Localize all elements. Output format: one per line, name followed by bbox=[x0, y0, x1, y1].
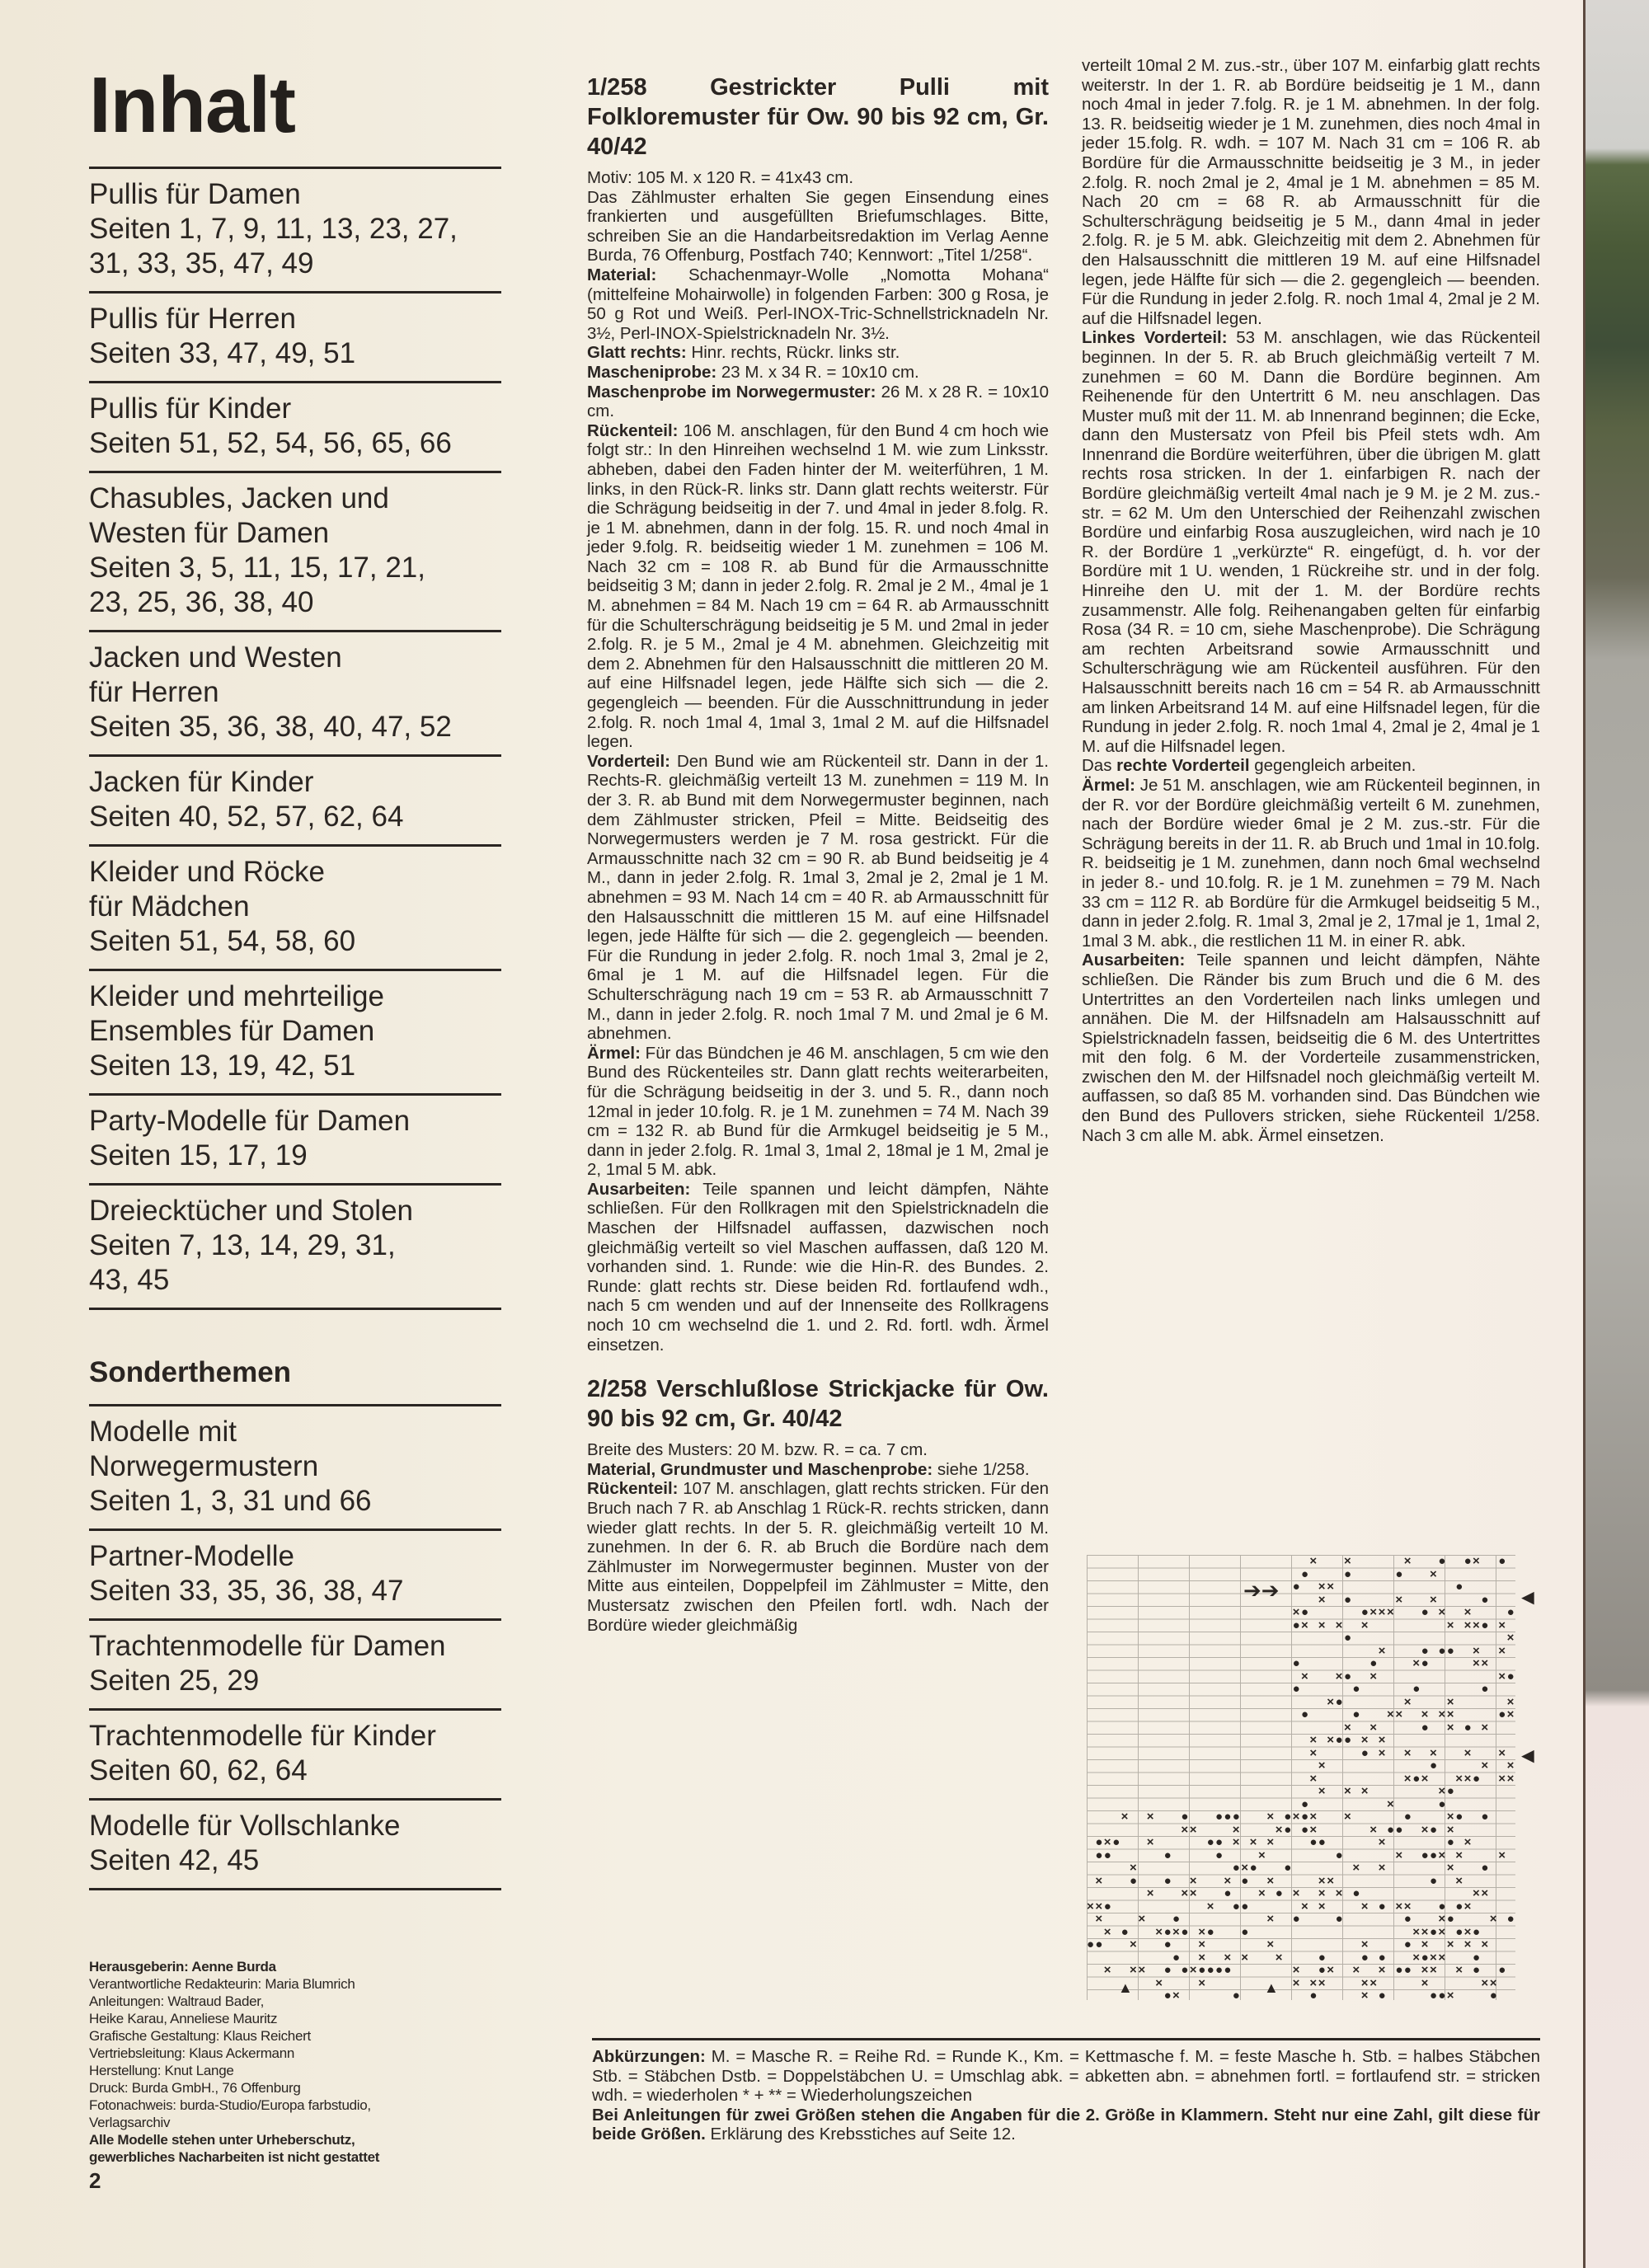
cross-stitch-icon: × bbox=[1250, 1836, 1257, 1848]
dot-stitch-icon: ● bbox=[1473, 1964, 1480, 1976]
toc-entry: Kleider und Röckefür MädchenSeiten 51, 5… bbox=[89, 847, 501, 971]
cross-stitch-icon: × bbox=[1464, 1938, 1472, 1951]
dot-stitch-icon: ● bbox=[1447, 1913, 1454, 1925]
cross-stitch-icon: × bbox=[1336, 1887, 1343, 1899]
cross-stitch-icon: × bbox=[1464, 1619, 1472, 1632]
article-1-heading: 1/258 Gestrickter Pulli mit Folkloremust… bbox=[587, 73, 1049, 162]
dot-stitch-icon: ● bbox=[1095, 1836, 1102, 1848]
toc-entry-line: Modelle für Vollschlanke bbox=[89, 1809, 501, 1843]
toc-entry-line: Modelle mit bbox=[89, 1415, 501, 1449]
dot-stitch-icon: ● bbox=[1233, 1862, 1240, 1874]
paragraph-label: Material, Grundmuster und Maschenprobe: bbox=[587, 1460, 933, 1479]
cross-stitch-icon: × bbox=[1404, 1773, 1412, 1785]
dot-stitch-icon: ● bbox=[1412, 1773, 1420, 1785]
imprint-line: Fotonachweis: burda-Studio/Europa farbst… bbox=[89, 2097, 518, 2114]
dot-stitch-icon: ● bbox=[1309, 1989, 1317, 2002]
paragraph: Material: Schachenmayr-Wolle „Nomotta Mo… bbox=[587, 265, 1049, 343]
cross-stitch-icon: × bbox=[1507, 1696, 1515, 1708]
paragraph-label: Glatt rechts: bbox=[587, 343, 687, 362]
cross-stitch-icon: × bbox=[1464, 1836, 1472, 1848]
cross-stitch-icon: × bbox=[1379, 1645, 1386, 1657]
paragraph: Ausarbeiten: Teile spannen und leicht dä… bbox=[587, 1180, 1049, 1355]
dot-stitch-icon: ● bbox=[1095, 1849, 1102, 1862]
cross-stitch-icon: × bbox=[1352, 1964, 1360, 1976]
paragraph-label: Ärmel: bbox=[587, 1044, 641, 1063]
cross-stitch-icon: × bbox=[1379, 1606, 1386, 1618]
cross-stitch-icon: × bbox=[1438, 1913, 1445, 1925]
cross-stitch-icon: × bbox=[1318, 1785, 1326, 1797]
cross-stitch-icon: × bbox=[1447, 1810, 1454, 1823]
dot-stitch-icon: ● bbox=[1241, 1926, 1248, 1938]
imprint-line: Grafische Gestaltung: Klaus Reichert bbox=[89, 2027, 518, 2045]
imprint-line: Vertriebsleitung: Klaus Ackermann bbox=[89, 2045, 518, 2062]
cross-stitch-icon: × bbox=[1498, 1773, 1506, 1785]
cross-stitch-icon: × bbox=[1464, 1773, 1472, 1785]
toc-entry-line: Westen für Damen bbox=[89, 516, 501, 551]
cross-stitch-icon: × bbox=[1266, 1913, 1274, 1925]
toc-title: Inhalt bbox=[89, 66, 501, 145]
cross-stitch-icon: × bbox=[1361, 1989, 1369, 2002]
paragraph-label: Maschenprobe im Norwegermuster: bbox=[587, 383, 876, 401]
knitting-pattern-chart: ×××●●×●●●●×●××●×●××●×●●×××●××●●×××××××●×… bbox=[1087, 1555, 1532, 2008]
dot-stitch-icon: ● bbox=[1233, 1810, 1240, 1823]
cross-stitch-icon: × bbox=[1309, 1977, 1317, 1989]
dot-stitch-icon: ● bbox=[1215, 1849, 1223, 1862]
dot-stitch-icon: ● bbox=[1421, 1645, 1429, 1657]
imprint-line: Heike Karau, Anneliese Mauritz bbox=[89, 2010, 518, 2027]
dot-stitch-icon: ● bbox=[1464, 1721, 1472, 1734]
toc-entry-line: Seiten 33, 35, 36, 38, 47 bbox=[89, 1574, 501, 1608]
cross-stitch-icon: × bbox=[1430, 1964, 1437, 1976]
toc-entry-line: Jacken und Westen bbox=[89, 641, 501, 675]
cross-stitch-icon: × bbox=[1344, 1721, 1351, 1734]
cross-stitch-icon: × bbox=[1430, 1951, 1437, 1964]
dot-stitch-icon: ● bbox=[1276, 1887, 1283, 1899]
toc-entry-line: Seiten 35, 36, 38, 40, 47, 52 bbox=[89, 710, 501, 744]
cross-stitch-icon: × bbox=[1464, 1900, 1472, 1913]
dot-stitch-icon: ● bbox=[1112, 1836, 1120, 1848]
toc-entry-line: Seiten 15, 17, 19 bbox=[89, 1139, 501, 1173]
cross-stitch-icon: × bbox=[1327, 1734, 1334, 1746]
paragraph-label: Vorderteil: bbox=[587, 752, 670, 771]
toc-entry-line: Seiten 51, 52, 54, 56, 65, 66 bbox=[89, 426, 501, 461]
cross-stitch-icon: × bbox=[1498, 1619, 1506, 1632]
paragraph: Ärmel: Für das Bündchen je 46 M. anschla… bbox=[587, 1044, 1049, 1180]
cross-stitch-icon: × bbox=[1361, 1785, 1369, 1797]
cross-stitch-icon: × bbox=[1233, 1836, 1240, 1848]
toc-entry: Trachtenmodelle für KinderSeiten 60, 62,… bbox=[89, 1711, 501, 1801]
dot-stitch-icon: ● bbox=[1412, 1683, 1420, 1695]
dot-stitch-icon: ● bbox=[1455, 1926, 1463, 1938]
dot-stitch-icon: ● bbox=[1498, 1964, 1506, 1976]
paragraph-label: Material: bbox=[587, 265, 656, 284]
imprint-line: Anleitungen: Waltraud Bader, bbox=[89, 1993, 518, 2010]
toc-entry-line: Seiten 1, 3, 31 und 66 bbox=[89, 1484, 501, 1519]
toc-entry-line: 43, 45 bbox=[89, 1263, 501, 1298]
cross-stitch-icon: × bbox=[1379, 1747, 1386, 1759]
arrow-left-icon: ◄ bbox=[1517, 1743, 1539, 1768]
toc-entry-line: Kleider und Röcke bbox=[89, 855, 501, 890]
cross-stitch-icon: × bbox=[1369, 1977, 1377, 1989]
cross-stitch-icon: × bbox=[1301, 1670, 1308, 1683]
dot-stitch-icon: ● bbox=[1481, 1594, 1488, 1606]
cross-stitch-icon: × bbox=[1095, 1900, 1102, 1913]
cross-stitch-icon: × bbox=[1276, 1951, 1283, 1964]
dot-stitch-icon: ● bbox=[1455, 1580, 1463, 1593]
cross-stitch-icon: × bbox=[1327, 1696, 1334, 1708]
cross-stitch-icon: × bbox=[1198, 1926, 1205, 1938]
cross-stitch-icon: × bbox=[1421, 1977, 1429, 1989]
cross-stitch-icon: × bbox=[1404, 1900, 1412, 1913]
cross-stitch-icon: × bbox=[1473, 1645, 1480, 1657]
article-column-middle: 1/258 Gestrickter Pulli mit Folkloremust… bbox=[587, 73, 1049, 1635]
cross-stitch-icon: × bbox=[1473, 1555, 1480, 1567]
dot-stitch-icon: ● bbox=[1087, 1938, 1094, 1951]
cross-stitch-icon: × bbox=[1507, 1632, 1515, 1644]
cross-stitch-icon: × bbox=[1190, 1824, 1197, 1836]
cross-stitch-icon: × bbox=[1490, 1977, 1497, 1989]
cross-stitch-icon: × bbox=[1309, 1810, 1317, 1823]
cross-stitch-icon: × bbox=[1104, 1836, 1111, 1848]
dot-stitch-icon: ● bbox=[1395, 1568, 1402, 1580]
imprint-line: gewerbliches Nacharbeiten ist nicht gest… bbox=[89, 2148, 518, 2166]
paragraph-label: Mascheniprobe: bbox=[587, 363, 716, 382]
paragraph-label: Rückenteil: bbox=[587, 1479, 679, 1498]
cross-stitch-icon: × bbox=[1481, 1759, 1488, 1772]
dot-stitch-icon: ● bbox=[1361, 1606, 1369, 1618]
cross-stitch-icon: × bbox=[1309, 1555, 1317, 1567]
cross-stitch-icon: × bbox=[1266, 1938, 1274, 1951]
cross-stitch-icon: × bbox=[1301, 1619, 1308, 1632]
dot-stitch-icon: ● bbox=[1164, 1926, 1172, 1938]
toc-entry-line: Seiten 42, 45 bbox=[89, 1843, 501, 1878]
dot-stitch-icon: ● bbox=[1455, 1900, 1463, 1913]
cross-stitch-icon: × bbox=[1481, 1721, 1488, 1734]
dot-stitch-icon: ● bbox=[1293, 1657, 1300, 1669]
abbreviations-text: M. = Masche R. = Reihe Rd. = Runde K., K… bbox=[592, 2047, 1540, 2105]
dot-stitch-icon: ● bbox=[1198, 1964, 1205, 1976]
dot-stitch-icon: ● bbox=[1250, 1862, 1257, 1874]
dot-stitch-icon: ● bbox=[1447, 1785, 1454, 1797]
cross-stitch-icon: × bbox=[1387, 1798, 1394, 1810]
cross-stitch-icon: × bbox=[1207, 1900, 1214, 1913]
article-2-body: Breite des Musters: 20 M. bzw. R. = ca. … bbox=[587, 1440, 1049, 1635]
cross-stitch-icon: × bbox=[1138, 1913, 1145, 1925]
dot-stitch-icon: ● bbox=[1481, 1683, 1488, 1695]
toc-entry: Modelle für VollschlankeSeiten 42, 45 bbox=[89, 1801, 501, 1890]
double-arrow-right-icon: ➔➔ bbox=[1243, 1578, 1280, 1604]
cross-stitch-icon: × bbox=[1507, 1759, 1515, 1772]
toc-entry-line: Pullis für Damen bbox=[89, 177, 501, 212]
cross-stitch-icon: × bbox=[1361, 1619, 1369, 1632]
cross-stitch-icon: × bbox=[1421, 1824, 1429, 1836]
cross-stitch-icon: × bbox=[1447, 1696, 1454, 1708]
dot-stitch-icon: ● bbox=[1224, 1964, 1231, 1976]
dot-stitch-icon: ● bbox=[1379, 1900, 1386, 1913]
article-2-continued: verteilt 10mal 2 M. zus.-str., über 107 … bbox=[1082, 56, 1540, 1145]
dot-stitch-icon: ● bbox=[1336, 1913, 1343, 1925]
dot-stitch-icon: ● bbox=[1473, 1951, 1480, 1964]
imprint-line: Druck: Burda GmbH., 76 Offenburg bbox=[89, 2079, 518, 2097]
dot-stitch-icon: ● bbox=[1095, 1938, 1102, 1951]
cross-stitch-icon: × bbox=[1421, 1938, 1429, 1951]
cross-stitch-icon: × bbox=[1198, 1951, 1205, 1964]
paragraph-label: Ausarbeiten: bbox=[587, 1180, 690, 1199]
imprint-line: Verlagsarchiv bbox=[89, 2114, 518, 2131]
paragraph: Rückenteil: 106 M. anschlagen, für den B… bbox=[587, 421, 1049, 752]
cross-stitch-icon: × bbox=[1121, 1810, 1129, 1823]
toc-entry: Modelle mitNorwegermusternSeiten 1, 3, 3… bbox=[89, 1406, 501, 1531]
cross-stitch-icon: × bbox=[1455, 1875, 1463, 1887]
cross-stitch-icon: × bbox=[1498, 1747, 1506, 1759]
cross-stitch-icon: × bbox=[1369, 1606, 1377, 1618]
dot-stitch-icon: ● bbox=[1464, 1555, 1472, 1567]
cross-stitch-icon: × bbox=[1481, 1977, 1488, 1989]
cross-stitch-icon: × bbox=[1266, 1875, 1274, 1887]
cross-stitch-icon: × bbox=[1430, 1568, 1437, 1580]
dot-stitch-icon: ● bbox=[1490, 1989, 1497, 2002]
article-1-body: Motiv: 105 M. x 120 R. = 41x43 cm.Das Zä… bbox=[587, 168, 1049, 1355]
dot-stitch-icon: ● bbox=[1404, 1938, 1412, 1951]
toc-entry-line: 23, 25, 36, 38, 40 bbox=[89, 585, 501, 620]
dot-stitch-icon: ● bbox=[1421, 1721, 1429, 1734]
next-page-photo-edge bbox=[1583, 0, 1649, 2268]
cross-stitch-icon: × bbox=[1190, 1964, 1197, 1976]
cross-stitch-icon: × bbox=[1498, 1670, 1506, 1683]
toc-entry-line: Seiten 13, 19, 42, 51 bbox=[89, 1049, 501, 1083]
dot-stitch-icon: ● bbox=[1430, 1875, 1437, 1887]
toc-entry-line: für Mädchen bbox=[89, 890, 501, 924]
cross-stitch-icon: × bbox=[1130, 1862, 1137, 1874]
cross-stitch-icon: × bbox=[1412, 1657, 1420, 1669]
dot-stitch-icon: ● bbox=[1181, 1810, 1188, 1823]
cross-stitch-icon: × bbox=[1130, 1964, 1137, 1976]
cross-stitch-icon: × bbox=[1507, 1708, 1515, 1721]
dot-stitch-icon: ● bbox=[1352, 1887, 1360, 1899]
cross-stitch-icon: × bbox=[1301, 1900, 1308, 1913]
dot-stitch-icon: ● bbox=[1395, 1824, 1402, 1836]
toc-entry-line: Trachtenmodelle für Kinder bbox=[89, 1719, 501, 1754]
paragraph: Mascheniprobe: 23 M. x 34 R. = 10x10 cm. bbox=[587, 363, 1049, 383]
toc-entry-line: Seiten 60, 62, 64 bbox=[89, 1754, 501, 1788]
cross-stitch-icon: × bbox=[1438, 1849, 1445, 1862]
cross-stitch-icon: × bbox=[1498, 1645, 1506, 1657]
imprint-line: Herausgeberin: Aenne Burda bbox=[89, 1958, 518, 1975]
arrow-up-icon: ▲ bbox=[1264, 1979, 1279, 1997]
cross-stitch-icon: × bbox=[1395, 1900, 1402, 1913]
paragraph: Vorderteil: Den Bund wie am Rückenteil s… bbox=[587, 752, 1049, 1044]
dot-stitch-icon: ● bbox=[1224, 1887, 1231, 1899]
dot-stitch-icon: ● bbox=[1421, 1606, 1429, 1618]
cross-stitch-icon: × bbox=[1318, 1977, 1326, 1989]
cross-stitch-icon: × bbox=[1104, 1964, 1111, 1976]
cross-stitch-icon: × bbox=[1421, 1708, 1429, 1721]
dot-stitch-icon: ● bbox=[1293, 1619, 1300, 1632]
dot-stitch-icon: ● bbox=[1215, 1836, 1223, 1848]
cross-stitch-icon: × bbox=[1379, 1836, 1386, 1848]
dot-stitch-icon: ● bbox=[1430, 1849, 1437, 1862]
paragraph: Maschenprobe im Norwegermuster: 26 M. x … bbox=[587, 383, 1049, 421]
cross-stitch-icon: × bbox=[1481, 1938, 1488, 1951]
cross-stitch-icon: × bbox=[1379, 1862, 1386, 1874]
cross-stitch-icon: × bbox=[1421, 1773, 1429, 1785]
dot-stitch-icon: ● bbox=[1336, 1849, 1343, 1862]
dot-stitch-icon: ● bbox=[1104, 1900, 1111, 1913]
imprint-line: Verantwortliche Redakteurin: Maria Blumr… bbox=[89, 1975, 518, 1993]
dot-stitch-icon: ● bbox=[1430, 1824, 1437, 1836]
cross-stitch-icon: × bbox=[1490, 1913, 1497, 1925]
cross-stitch-icon: × bbox=[1336, 1619, 1343, 1632]
cross-stitch-icon: × bbox=[1395, 1594, 1402, 1606]
inline-bold: rechte Vorderteil bbox=[1116, 756, 1249, 775]
cross-stitch-icon: × bbox=[1172, 1926, 1180, 1938]
dot-stitch-icon: ● bbox=[1379, 1951, 1386, 1964]
paragraph: Glatt rechts: Hinr. rechts, Rückr. links… bbox=[587, 343, 1049, 363]
dot-stitch-icon: ● bbox=[1481, 1619, 1488, 1632]
dot-stitch-icon: ● bbox=[1421, 1951, 1429, 1964]
dot-stitch-icon: ● bbox=[1447, 1645, 1454, 1657]
toc-entry-line: Pullis für Herren bbox=[89, 302, 501, 336]
toc-entry: Jacken für KinderSeiten 40, 52, 57, 62, … bbox=[89, 757, 501, 847]
cross-stitch-icon: × bbox=[1395, 1849, 1402, 1862]
dot-stitch-icon: ● bbox=[1284, 1810, 1291, 1823]
dot-stitch-icon: ● bbox=[1361, 1747, 1369, 1759]
toc-entry-line: Trachtenmodelle für Damen bbox=[89, 1629, 501, 1664]
arrow-up-icon: ▲ bbox=[1118, 1979, 1133, 1997]
cross-stitch-icon: × bbox=[1318, 1594, 1326, 1606]
dot-stitch-icon: ● bbox=[1430, 1759, 1437, 1772]
dot-stitch-icon: ● bbox=[1344, 1734, 1351, 1746]
cross-stitch-icon: × bbox=[1309, 1734, 1317, 1746]
cross-stitch-icon: × bbox=[1224, 1875, 1231, 1887]
cross-stitch-icon: × bbox=[1293, 1887, 1300, 1899]
dot-stitch-icon: ● bbox=[1207, 1964, 1214, 1976]
dot-stitch-icon: ● bbox=[1404, 1913, 1412, 1925]
cross-stitch-icon: × bbox=[1104, 1926, 1111, 1938]
dot-stitch-icon: ● bbox=[1241, 1900, 1248, 1913]
dot-stitch-icon: ● bbox=[1172, 1913, 1180, 1925]
dot-stitch-icon: ● bbox=[1309, 1836, 1317, 1848]
dot-stitch-icon: ● bbox=[1293, 1580, 1300, 1593]
toc-entry-line: Seiten 33, 47, 49, 51 bbox=[89, 336, 501, 371]
dot-stitch-icon: ● bbox=[1344, 1594, 1351, 1606]
dot-stitch-icon: ● bbox=[1404, 1964, 1412, 1976]
cross-stitch-icon: × bbox=[1172, 1989, 1180, 2002]
dot-stitch-icon: ● bbox=[1455, 1810, 1463, 1823]
paragraph: Ärmel: Je 51 M. anschlagen, wie am Rücke… bbox=[1082, 776, 1540, 951]
dot-stitch-icon: ● bbox=[1293, 1683, 1300, 1695]
cross-stitch-icon: × bbox=[1318, 1619, 1326, 1632]
cross-stitch-icon: × bbox=[1361, 1900, 1369, 1913]
toc-entry-line: Seiten 40, 52, 57, 62, 64 bbox=[89, 800, 501, 834]
cross-stitch-icon: × bbox=[1430, 1594, 1437, 1606]
dot-stitch-icon: ● bbox=[1473, 1926, 1480, 1938]
dot-stitch-icon: ● bbox=[1318, 1836, 1326, 1848]
imprint: Herausgeberin: Aenne BurdaVerantwortlich… bbox=[89, 1958, 518, 2166]
paragraph-label: Rückenteil: bbox=[587, 421, 679, 440]
toc-entry-line: Seiten 51, 54, 58, 60 bbox=[89, 924, 501, 959]
dot-stitch-icon: ● bbox=[1344, 1670, 1351, 1683]
cross-stitch-icon: × bbox=[1190, 1875, 1197, 1887]
paragraph: verteilt 10mal 2 M. zus.-str., über 107 … bbox=[1082, 56, 1540, 328]
cross-stitch-icon: × bbox=[1266, 1810, 1274, 1823]
cross-stitch-icon: × bbox=[1276, 1824, 1283, 1836]
cross-stitch-icon: × bbox=[1507, 1773, 1515, 1785]
dot-stitch-icon: ● bbox=[1447, 1836, 1454, 1848]
toc-entry-line: 31, 33, 35, 47, 49 bbox=[89, 247, 501, 281]
dot-stitch-icon: ● bbox=[1215, 1810, 1223, 1823]
toc-entry: Dreiecktücher und StolenSeiten 7, 13, 14… bbox=[89, 1186, 501, 1310]
cross-stitch-icon: × bbox=[1379, 1734, 1386, 1746]
paragraph: Breite des Musters: 20 M. bzw. R. = ca. … bbox=[587, 1440, 1049, 1460]
toc-entry: Chasubles, Jacken undWesten für DamenSei… bbox=[89, 473, 501, 632]
dot-stitch-icon: ● bbox=[1404, 1810, 1412, 1823]
dot-stitch-icon: ● bbox=[1438, 1798, 1445, 1810]
paragraph: Linkes Vorderteil: 53 M. anschlagen, wie… bbox=[1082, 328, 1540, 756]
cross-stitch-icon: × bbox=[1318, 1759, 1326, 1772]
page-number: 2 bbox=[89, 2168, 101, 2194]
toc-entry-line: Seiten 3, 5, 11, 15, 17, 21, bbox=[89, 551, 501, 585]
toc-entry-line: Dreiecktücher und Stolen bbox=[89, 1194, 501, 1228]
cross-stitch-icon: × bbox=[1361, 1938, 1369, 1951]
cross-stitch-icon: × bbox=[1481, 1887, 1488, 1899]
abbreviations-box: Abkürzungen: M. = Masche R. = Reihe Rd. … bbox=[592, 2038, 1540, 2144]
dot-stitch-icon: ● bbox=[1507, 1913, 1515, 1925]
dot-stitch-icon: ● bbox=[1181, 1964, 1188, 1976]
paragraph: Rückenteil: 107 M. anschlagen, glatt rec… bbox=[587, 1479, 1049, 1635]
cross-stitch-icon: × bbox=[1369, 1721, 1377, 1734]
cross-stitch-icon: × bbox=[1447, 1619, 1454, 1632]
cross-stitch-icon: × bbox=[1498, 1849, 1506, 1862]
cross-stitch-icon: × bbox=[1344, 1810, 1351, 1823]
dot-stitch-icon: ● bbox=[1438, 1555, 1445, 1567]
dot-stitch-icon: ● bbox=[1438, 1900, 1445, 1913]
cross-stitch-icon: × bbox=[1361, 1977, 1369, 1989]
cross-stitch-icon: × bbox=[1198, 1938, 1205, 1951]
special-topics-entries: Modelle mitNorwegermusternSeiten 1, 3, 3… bbox=[89, 1406, 501, 1890]
dot-stitch-icon: ● bbox=[1344, 1568, 1351, 1580]
dot-stitch-icon: ● bbox=[1130, 1875, 1137, 1887]
cross-stitch-icon: × bbox=[1241, 1951, 1248, 1964]
dot-stitch-icon: ● bbox=[1233, 1989, 1240, 2002]
cross-stitch-icon: × bbox=[1181, 1887, 1188, 1899]
dot-stitch-icon: ● bbox=[1301, 1798, 1308, 1810]
cross-stitch-icon: × bbox=[1473, 1657, 1480, 1669]
cross-stitch-icon: × bbox=[1455, 1849, 1463, 1862]
article-column-right: verteilt 10mal 2 M. zus.-str., über 107 … bbox=[1082, 56, 1540, 1145]
dot-stitch-icon: ● bbox=[1284, 1862, 1291, 1874]
dot-stitch-icon: ● bbox=[1293, 1913, 1300, 1925]
imprint-line: Alle Modelle stehen unter Urheberschutz, bbox=[89, 2131, 518, 2148]
dot-stitch-icon: ● bbox=[1284, 1824, 1291, 1836]
dot-stitch-icon: ● bbox=[1164, 1964, 1172, 1976]
cross-stitch-icon: × bbox=[1464, 1926, 1472, 1938]
dot-stitch-icon: ● bbox=[1344, 1632, 1351, 1644]
cross-stitch-icon: × bbox=[1258, 1887, 1266, 1899]
dot-stitch-icon: ● bbox=[1361, 1951, 1369, 1964]
cross-stitch-icon: × bbox=[1430, 1747, 1437, 1759]
cross-stitch-icon: × bbox=[1344, 1785, 1351, 1797]
cross-stitch-icon: × bbox=[1473, 1619, 1480, 1632]
toc-entry-line: Chasubles, Jacken und bbox=[89, 481, 501, 516]
dot-stitch-icon: ● bbox=[1207, 1926, 1214, 1938]
cross-stitch-icon: × bbox=[1095, 1913, 1102, 1925]
dot-stitch-icon: ● bbox=[1481, 1810, 1488, 1823]
cross-stitch-icon: × bbox=[1293, 1810, 1300, 1823]
dot-stitch-icon: ● bbox=[1498, 1708, 1506, 1721]
toc-entry-line: Partner-Modelle bbox=[89, 1539, 501, 1574]
dot-stitch-icon: ● bbox=[1241, 1875, 1248, 1887]
